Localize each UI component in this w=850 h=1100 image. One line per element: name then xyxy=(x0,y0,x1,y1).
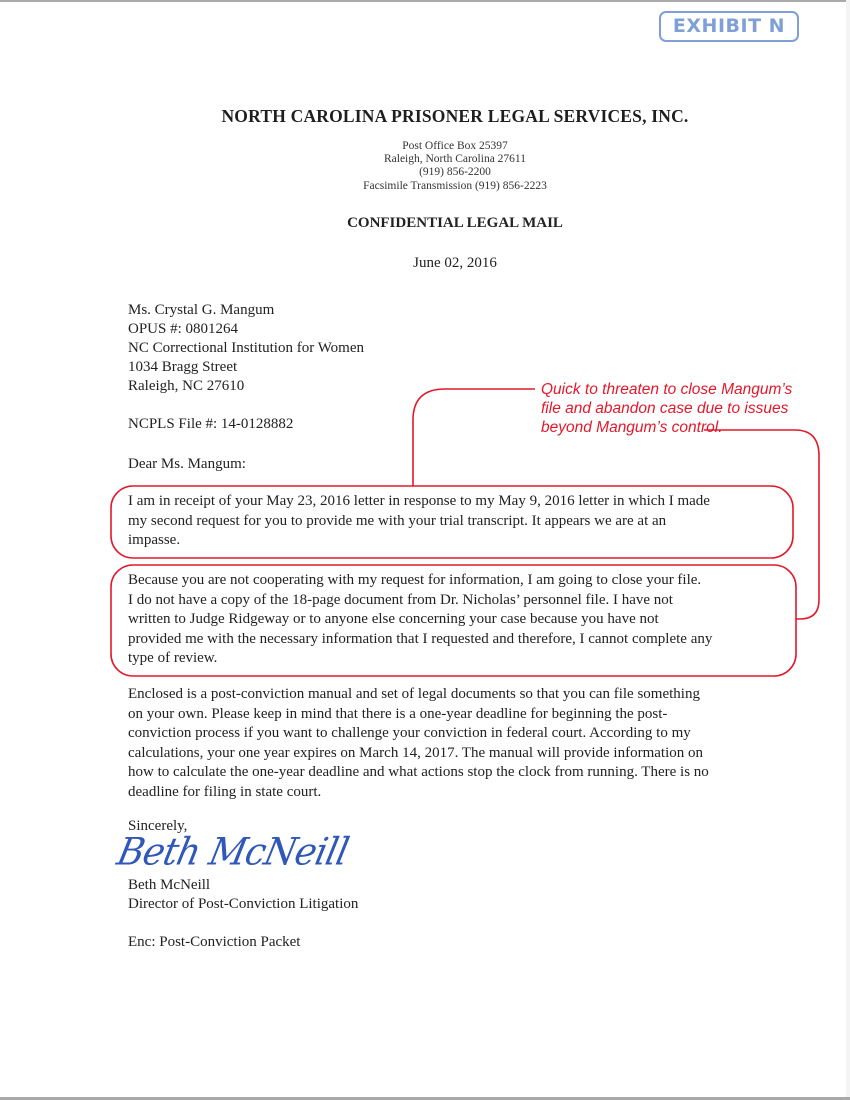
connector-line-right xyxy=(704,430,819,619)
annotation-overlay xyxy=(0,0,850,1100)
highlight-box-receipt xyxy=(111,486,793,558)
annotation-callout: Quick to threaten to close Mangum’s file… xyxy=(541,380,792,437)
connector-line-left xyxy=(413,389,535,486)
highlight-box-close-file xyxy=(111,565,796,676)
